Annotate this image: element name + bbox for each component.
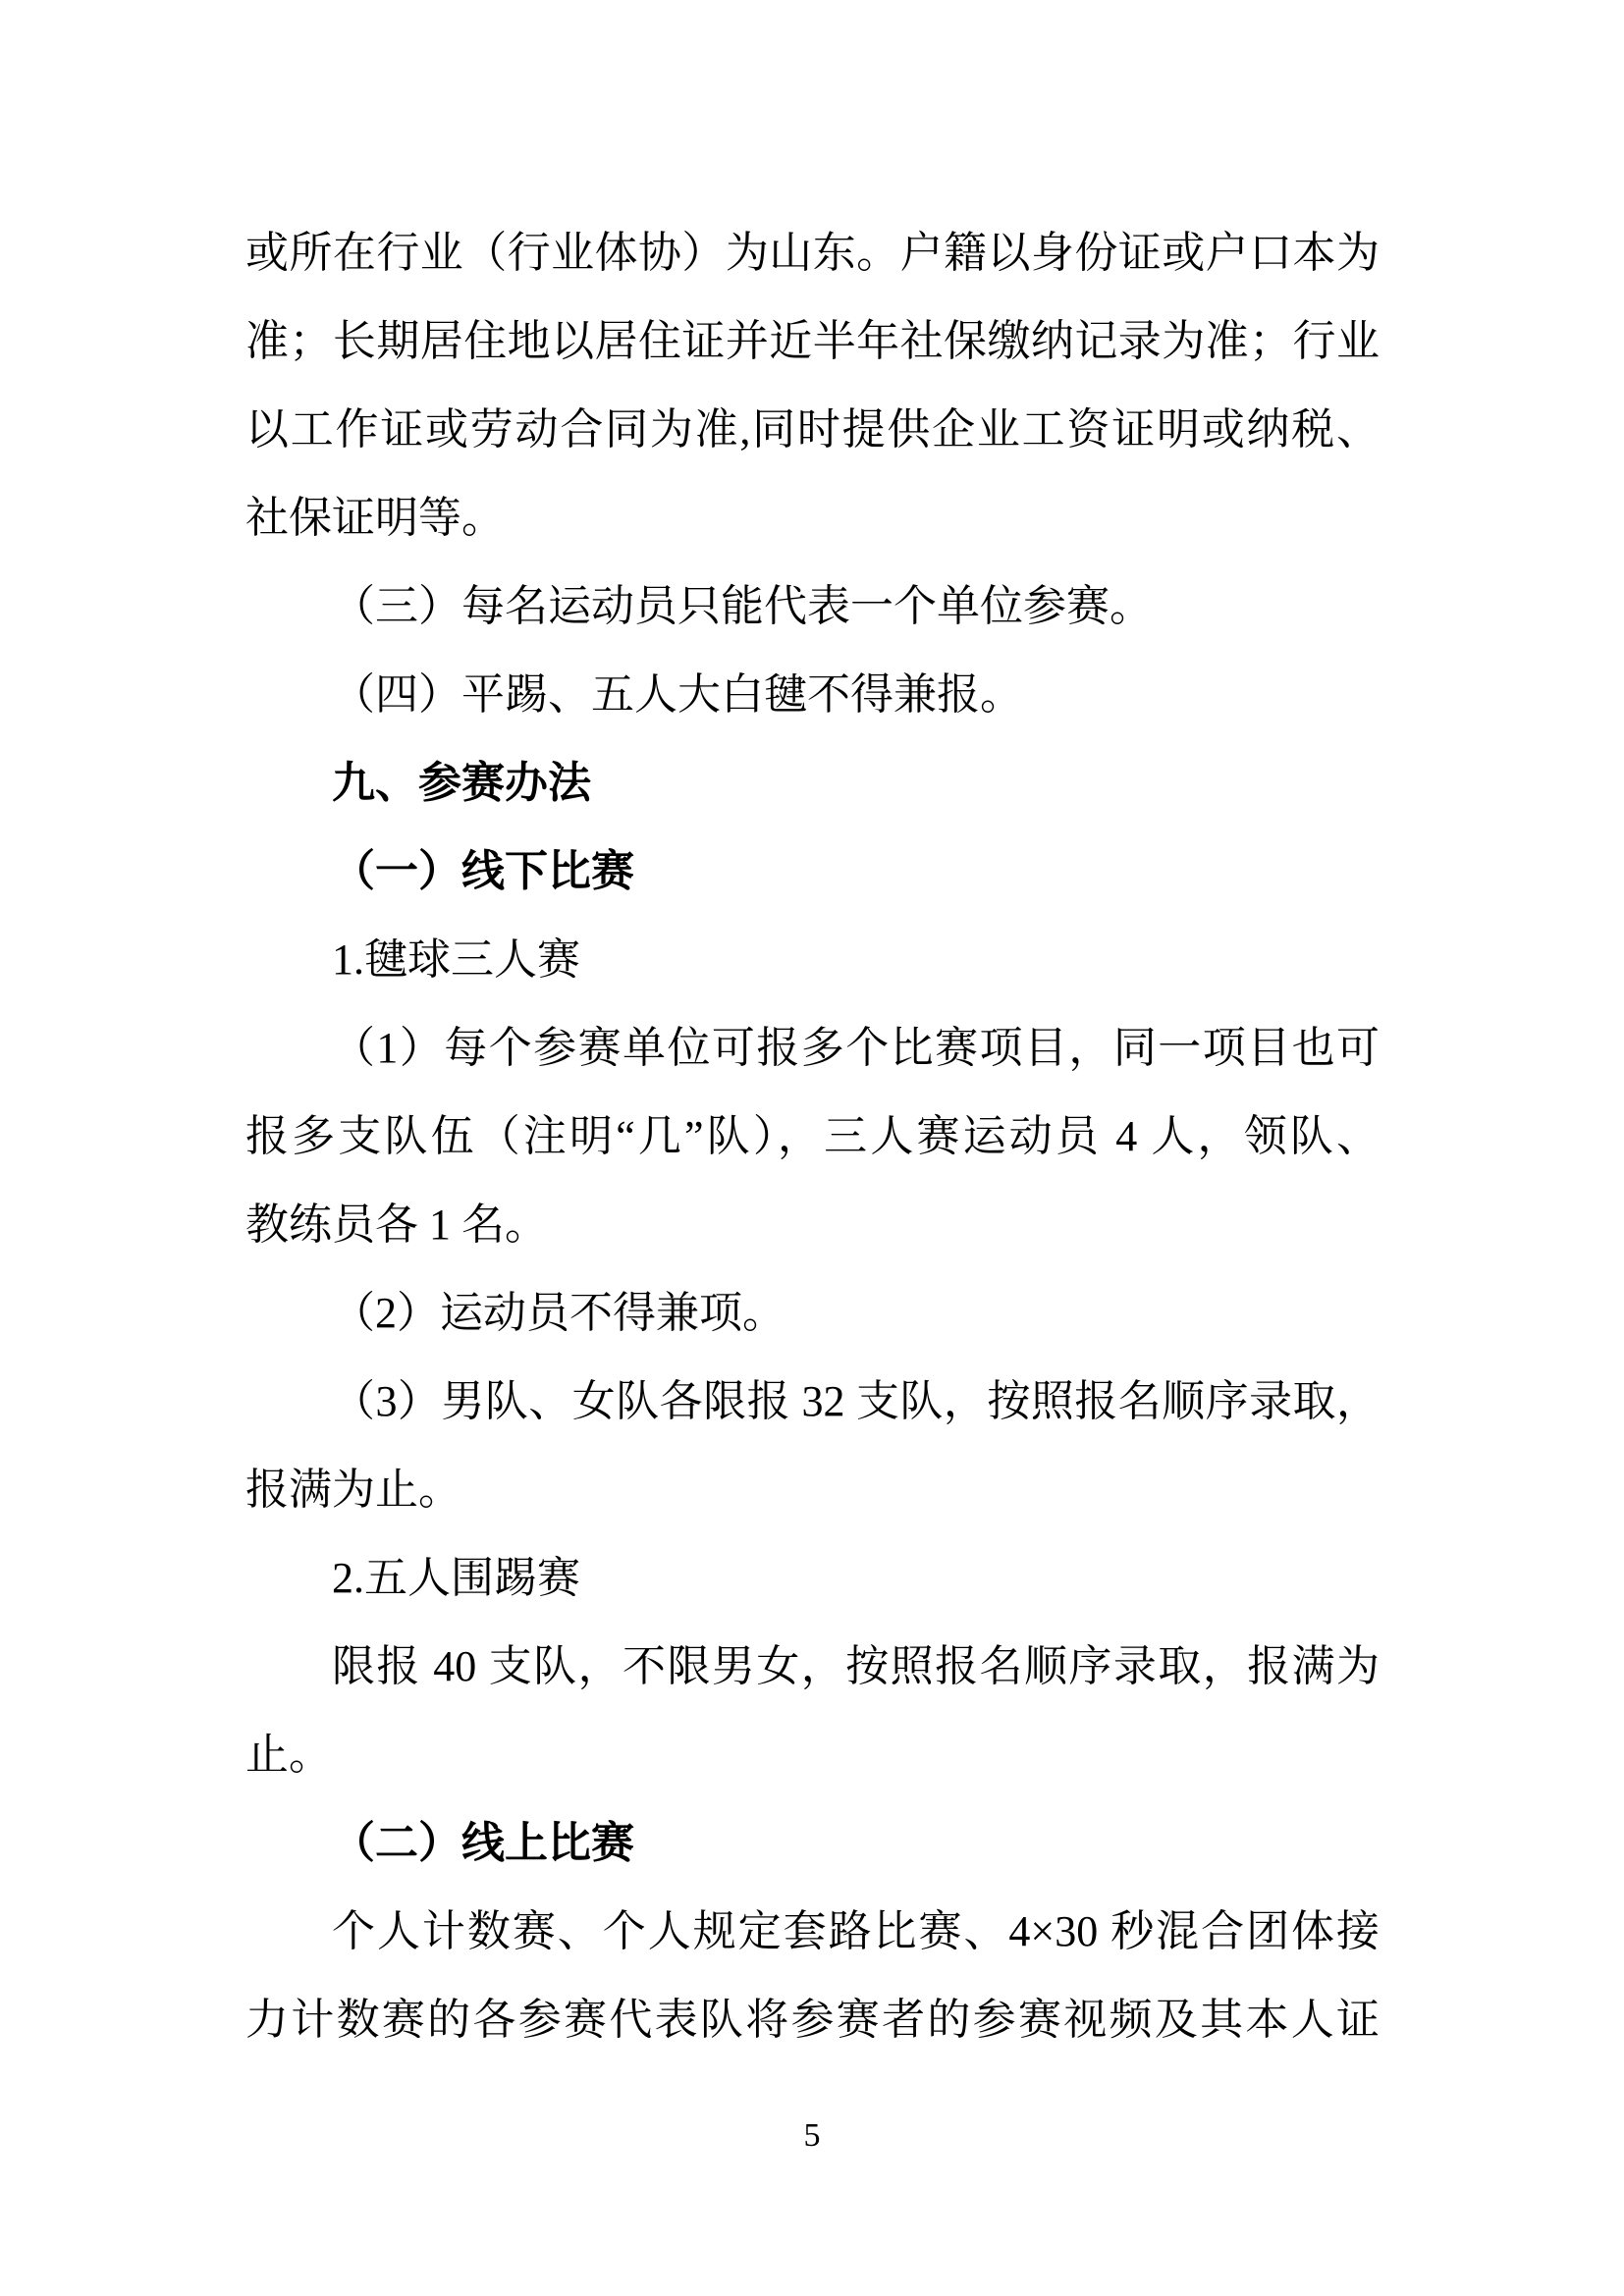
paragraph-line: 准；长期居住地以居住证并近半年社保缴纳记录为准；行业	[245, 297, 1380, 386]
paragraph-line: 止。	[245, 1711, 1380, 1799]
list-item-heading-jianqiu-3: 1.毽球三人赛	[245, 916, 1380, 1004]
paragraph-line: 教练员各 1 名。	[245, 1181, 1380, 1269]
paragraph-line: 力计数赛的各参赛代表队将参赛者的参赛视频及其本人证	[245, 1976, 1380, 2064]
paragraph-line: （四）平踢、五人大白毽不得兼报。	[245, 651, 1380, 739]
paragraph-line: 个人计数赛、个人规定套路比赛、4×30 秒混合团体接	[245, 1888, 1380, 1976]
subsection-heading-online: （二）线上比赛	[245, 1799, 1380, 1888]
paragraph-line: 或所在行业（行业体协）为山东。户籍以身份证或户口本为	[245, 209, 1380, 297]
paragraph-line: （3）男队、女队各限报 32 支队，按照报名顺序录取，	[245, 1358, 1380, 1446]
section-heading-9: 九、参赛办法	[245, 739, 1380, 828]
paragraph-line: （2）运动员不得兼项。	[245, 1269, 1380, 1358]
document-page: 或所在行业（行业体协）为山东。户籍以身份证或户口本为准；长期居住地以居住证并近半…	[0, 0, 1624, 2296]
paragraph-line: 报多支队伍（注明“几”队），三人赛运动员 4 人，领队、	[245, 1093, 1380, 1181]
paragraph-line: 社保证明等。	[245, 474, 1380, 562]
paragraph-line: 以工作证或劳动合同为准,同时提供企业工资证明或纳税、	[245, 386, 1380, 474]
paragraph-line: （三）每名运动员只能代表一个单位参赛。	[245, 562, 1380, 651]
paragraph-line: （1）每个参赛单位可报多个比赛项目，同一项目也可	[245, 1004, 1380, 1093]
paragraph-line: 报满为止。	[245, 1446, 1380, 1534]
list-item-heading-weiti-5: 2.五人围踢赛	[245, 1534, 1380, 1623]
document-body: 或所在行业（行业体协）为山东。户籍以身份证或户口本为准；长期居住地以居住证并近半…	[245, 209, 1380, 2064]
page-footer: 5	[0, 2112, 1624, 2160]
page-number: 5	[804, 2117, 821, 2154]
paragraph-line: 限报 40 支队，不限男女，按照报名顺序录取，报满为	[245, 1623, 1380, 1711]
subsection-heading-offline: （一）线下比赛	[245, 828, 1380, 916]
